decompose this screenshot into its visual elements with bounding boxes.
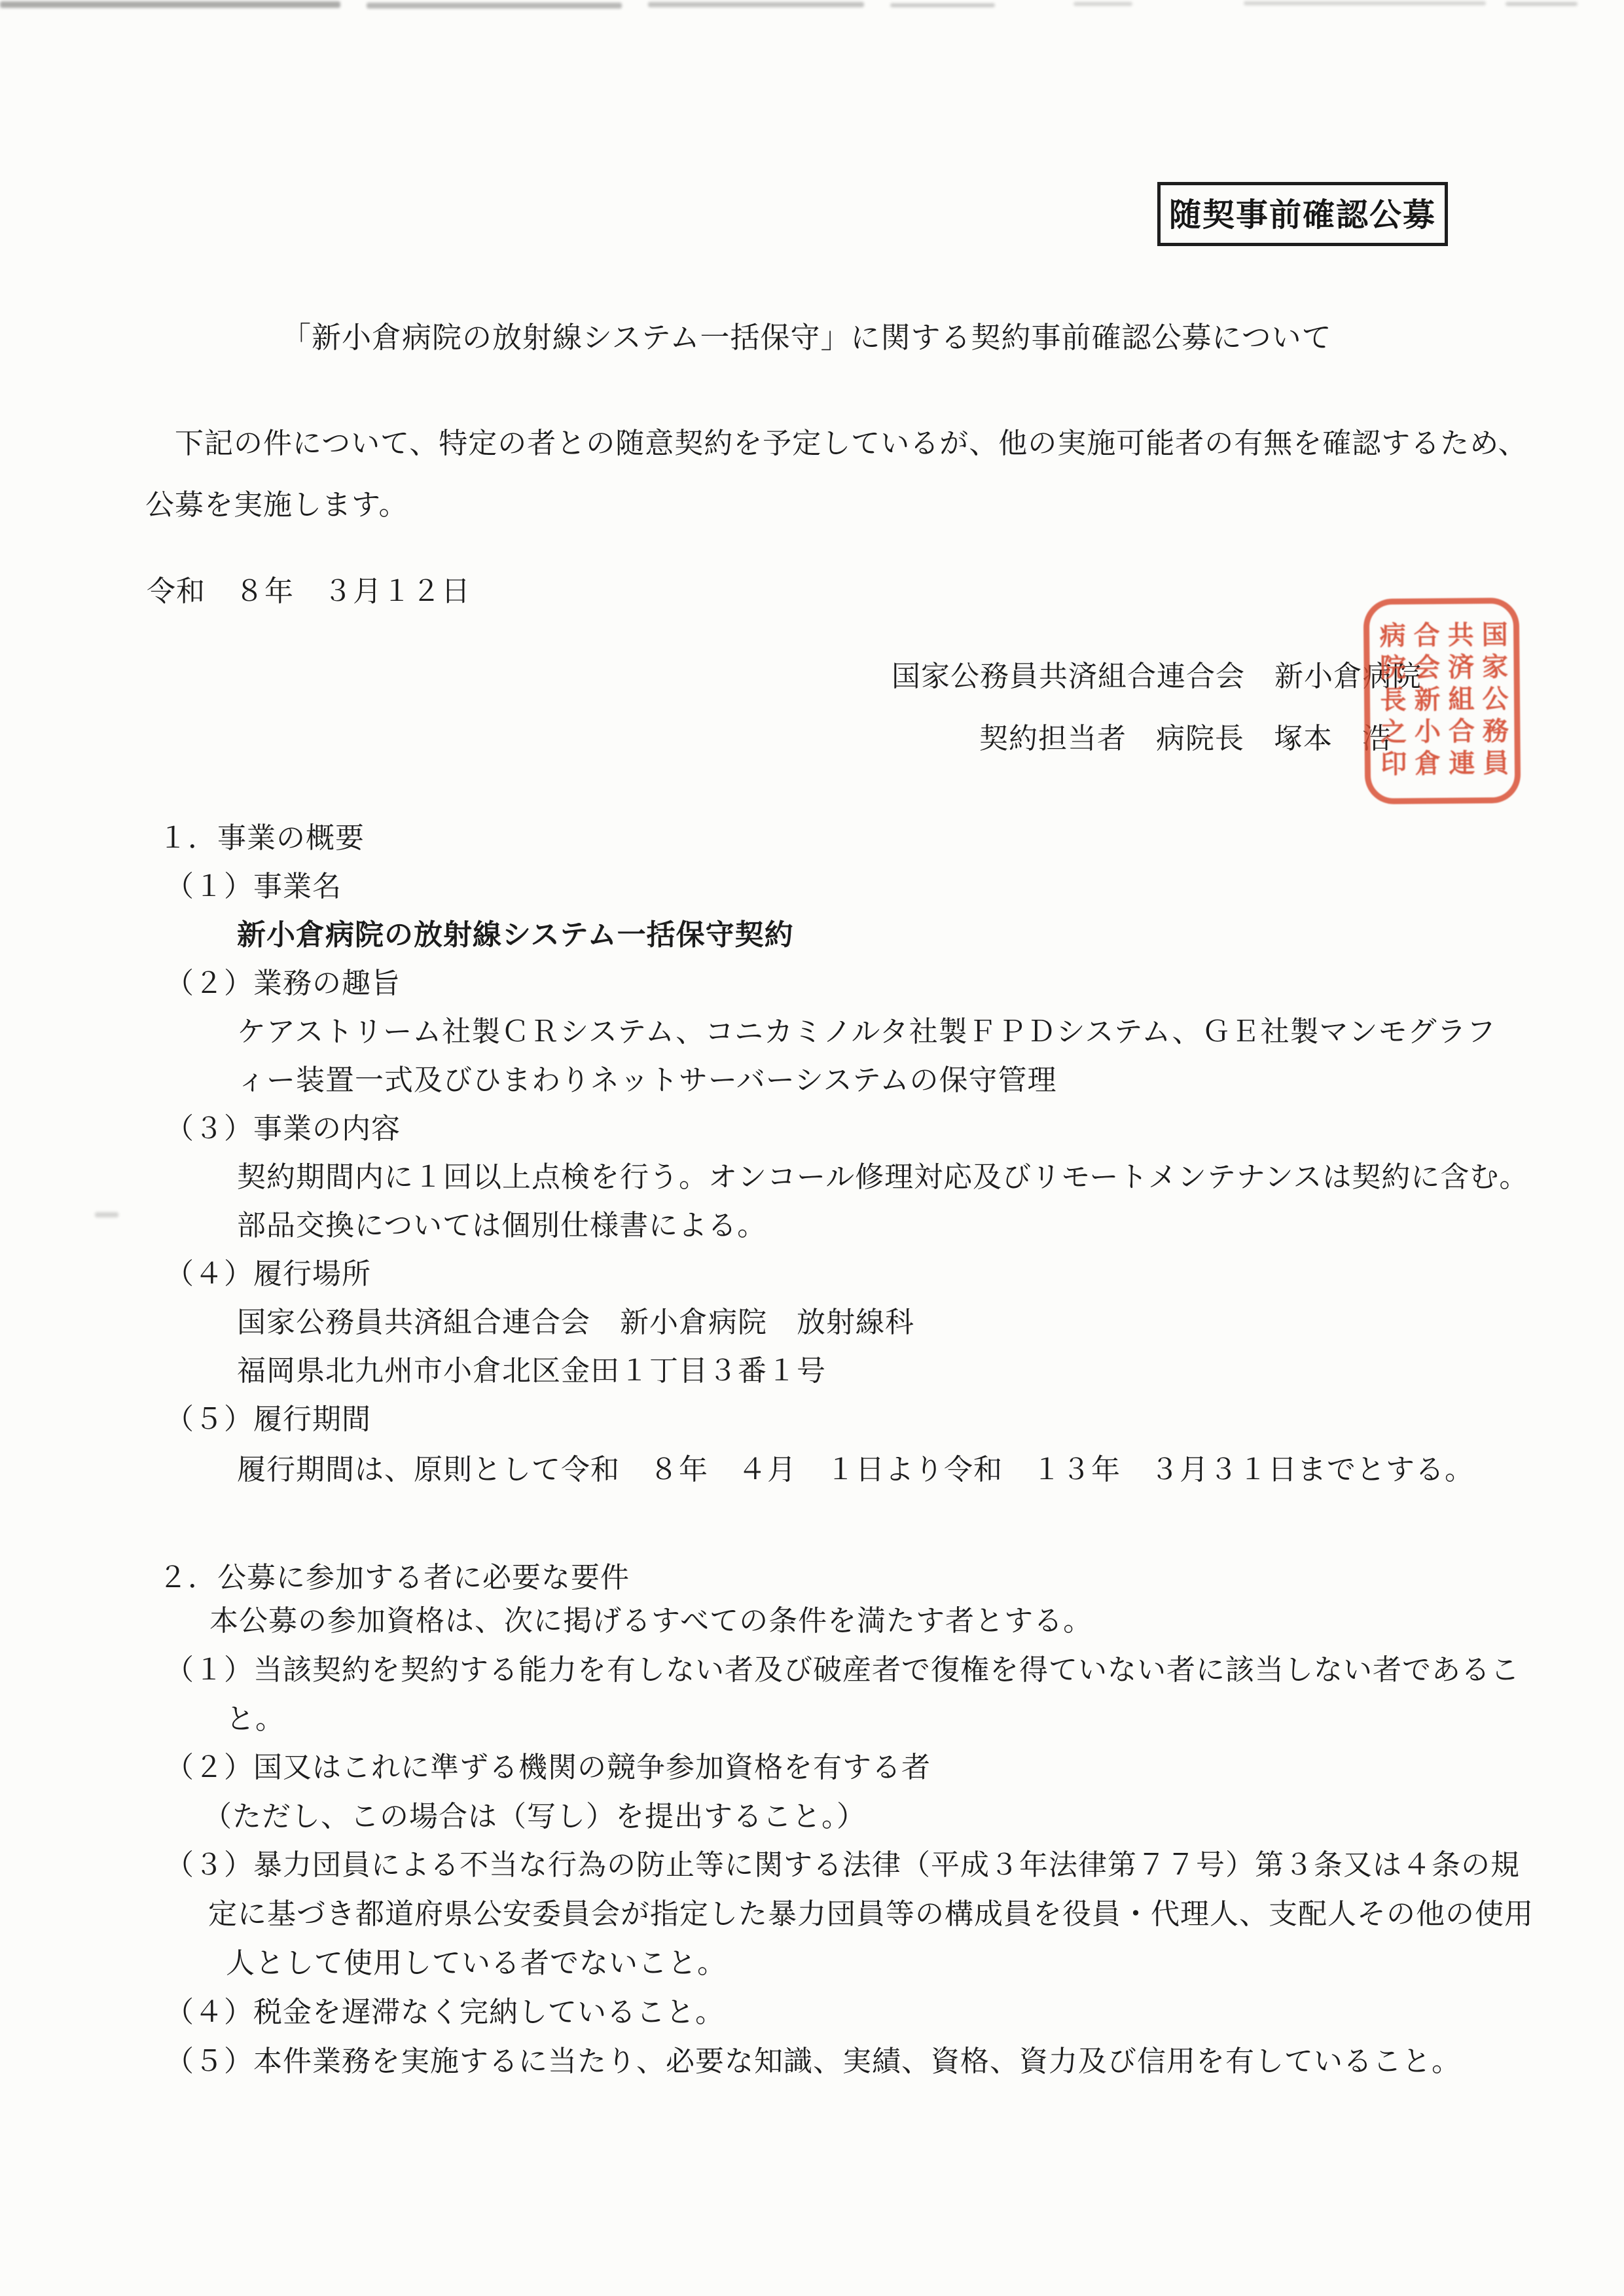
document-date: 令和 ８年 ３月１２日 bbox=[147, 573, 471, 609]
section2-item1-line1: （１）当該契約を契約する能力を有しない者及び破産者で復権を得ていない者に該当しな… bbox=[165, 1652, 1520, 1688]
official-red-seal: 国家公務員 共済組合連 合会新小倉 病院長之印 bbox=[1363, 598, 1521, 804]
section2-item2-line1: （２）国又はこれに準ずる機関の競争参加資格を有する者 bbox=[165, 1749, 931, 1785]
section1-item2-body-line1: ケアストリーム社製ＣＲシステム、コニカミノルタ社製ＦＰＤシステム、ＧＥ社製マンモ… bbox=[237, 1014, 1496, 1050]
section1-heading: １．事業の概要 bbox=[158, 820, 365, 856]
section1-item2-label: （２）業務の趣旨 bbox=[165, 965, 401, 1001]
section2-item1-line2: と。 bbox=[226, 1701, 285, 1737]
issuer-contract-officer: 契約担当者 病院長 塚本 浩 bbox=[979, 721, 1392, 757]
scan-artifact bbox=[1244, 1, 1486, 5]
section2-heading: ２．公募に参加する者に必要な要件 bbox=[158, 1560, 630, 1596]
section1-item4-body-line1: 国家公務員共済組合連合会 新小倉病院 放射線科 bbox=[237, 1304, 914, 1340]
intro-paragraph-line2: 公募を実施します。 bbox=[145, 487, 408, 523]
section1-item1-body: 新小倉病院の放射線システム一括保守契約 bbox=[237, 917, 794, 953]
scan-artifact bbox=[1074, 2, 1132, 6]
section1-item5-label: （５）履行期間 bbox=[165, 1401, 371, 1437]
section2-item4-line1: （４）税金を遅滞なく完納していること。 bbox=[165, 1994, 725, 2030]
section1-item2-body-line2: ィー装置一式及びひまわりネットサーバーシステムの保守管理 bbox=[237, 1062, 1057, 1098]
section1-item4-label: （４）履行場所 bbox=[165, 1256, 371, 1292]
issuer-organization: 国家公務員共済組合連合会 新小倉病院 bbox=[892, 658, 1422, 694]
scan-artifact bbox=[890, 3, 995, 7]
scanned-document-page: 随契事前確認公募 「新小倉病院の放射線システム一括保守」に関する契約事前確認公募… bbox=[0, 0, 1624, 2296]
section2-item2-line2: （ただし、この場合は（写し）を提出すること。） bbox=[203, 1799, 866, 1835]
section1-item1-label: （１）事業名 bbox=[165, 869, 342, 905]
section1-item3-body-line2: 部品交換については個別仕様書による。 bbox=[237, 1208, 767, 1244]
scan-artifact bbox=[367, 3, 622, 9]
stamp-box-label: 随契事前確認公募 bbox=[1157, 182, 1448, 246]
seal-text-column: 共済組合連 bbox=[1445, 620, 1473, 781]
section1-item4-body-line2: 福岡県北九州市小倉北区金田１丁目３番１号 bbox=[237, 1353, 826, 1389]
section1-item5-body-line1: 履行期間は、原則として令和 ８年 ４月 １日より令和 １３年 ３月３１日までとす… bbox=[237, 1452, 1474, 1488]
section2-item3-line1: （３）暴力団員による不当な行為の防止等に関する法律（平成３年法律第７７号）第３条… bbox=[165, 1847, 1520, 1883]
document-title: 「新小倉病院の放射線システム一括保守」に関する契約事前確認公募について bbox=[281, 319, 1332, 356]
seal-text-column: 国家公務員 bbox=[1479, 620, 1507, 781]
scan-artifact bbox=[1506, 2, 1578, 6]
section2-lead: 本公募の参加資格は、次に掲げるすべての条件を満たす者とする。 bbox=[209, 1603, 1092, 1639]
seal-text-column: 病院長之印 bbox=[1377, 621, 1405, 781]
section2-item5-line1: （５）本件業務を実施するに当たり、必要な知識、実績、資格、資力及び信用を有してい… bbox=[165, 2043, 1461, 2079]
section1-item3-body-line1: 契約期間内に１回以上点検を行う。オンコール修理対応及びリモートメンテナンスは契約… bbox=[237, 1159, 1528, 1195]
section1-item3-label: （３）事業の内容 bbox=[165, 1111, 401, 1147]
intro-paragraph-line1: 下記の件について、特定の者との随意契約を予定しているが、他の実施可能者の有無を確… bbox=[175, 425, 1527, 461]
seal-text-column: 合会新小倉 bbox=[1411, 621, 1439, 781]
section2-item3-line3: 人として使用している者でないこと。 bbox=[226, 1945, 727, 1981]
scan-artifact bbox=[648, 2, 864, 7]
scan-artifact bbox=[95, 1212, 118, 1217]
section2-item3-line2: 定に基づき都道府県公安委員会が指定した暴力団員等の構成員を役員・代理人、支配人そ… bbox=[208, 1896, 1534, 1932]
scan-artifact bbox=[0, 1, 340, 8]
